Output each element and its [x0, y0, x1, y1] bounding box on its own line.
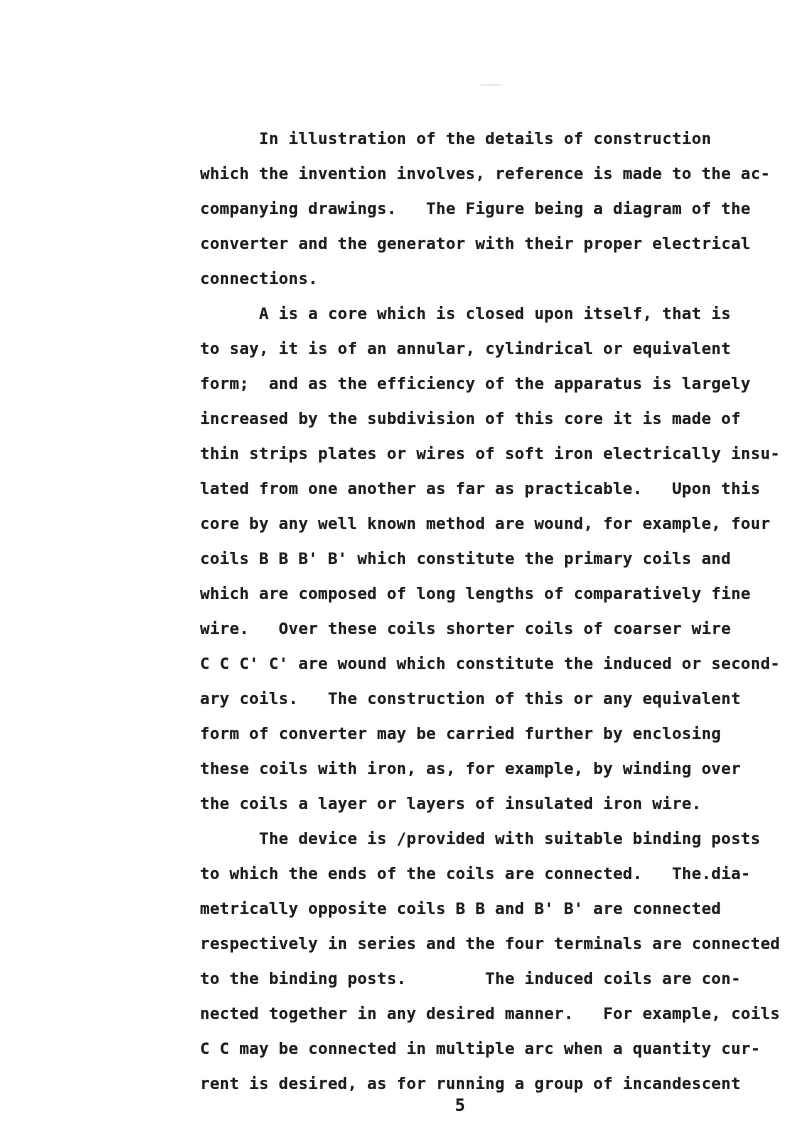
text-line: core by any well known method are wound,…	[200, 506, 800, 541]
text-line: ary coils. The construction of this or a…	[200, 681, 800, 716]
text-line: lated from one another as far as practic…	[200, 471, 800, 506]
text-line: to which the ends of the coils are conne…	[200, 856, 800, 891]
scan-smudge	[478, 84, 504, 86]
page-number: 5	[455, 1096, 465, 1116]
text-line: The device is /provided with suitable bi…	[200, 821, 800, 856]
text-line: wire. Over these coils shorter coils of …	[200, 611, 800, 646]
text-line: metrically opposite coils B B and B' B' …	[200, 891, 800, 926]
text-line: C C may be connected in multiple arc whe…	[200, 1031, 800, 1066]
text-lines: In illustration of the details of constr…	[200, 121, 800, 1101]
text-line: rent is desired, as for running a group …	[200, 1066, 800, 1101]
text-line: companying drawings. The Figure being a …	[200, 191, 800, 226]
text-line: form; and as the efficiency of the appar…	[200, 366, 800, 401]
text-line: which are composed of long lengths of co…	[200, 576, 800, 611]
text-line: increased by the subdivision of this cor…	[200, 401, 800, 436]
text-line: these coils with iron, as, for example, …	[200, 751, 800, 786]
text-line: to the binding posts. The induced coils …	[200, 961, 800, 996]
text-line: converter and the generator with their p…	[200, 226, 800, 261]
text-line: to say, it is of an annular, cylindrical…	[200, 331, 800, 366]
text-line: In illustration of the details of constr…	[200, 121, 800, 156]
text-line: respectively in series and the four term…	[200, 926, 800, 961]
text-line: C C C' C' are wound which constitute the…	[200, 646, 800, 681]
text-line: A is a core which is closed upon itself,…	[200, 296, 800, 331]
text-line: the coils a layer or layers of insulated…	[200, 786, 800, 821]
document-page: In illustration of the details of constr…	[0, 0, 807, 1146]
text-line: thin strips plates or wires of soft iron…	[200, 436, 800, 471]
text-line: form of converter may be carried further…	[200, 716, 800, 751]
text-line: nected together in any desired manner. F…	[200, 996, 800, 1031]
text-line: coils B B B' B' which constitute the pri…	[200, 541, 800, 576]
text-line: which the invention involves, reference …	[200, 156, 800, 191]
text-line: connections.	[200, 261, 800, 296]
